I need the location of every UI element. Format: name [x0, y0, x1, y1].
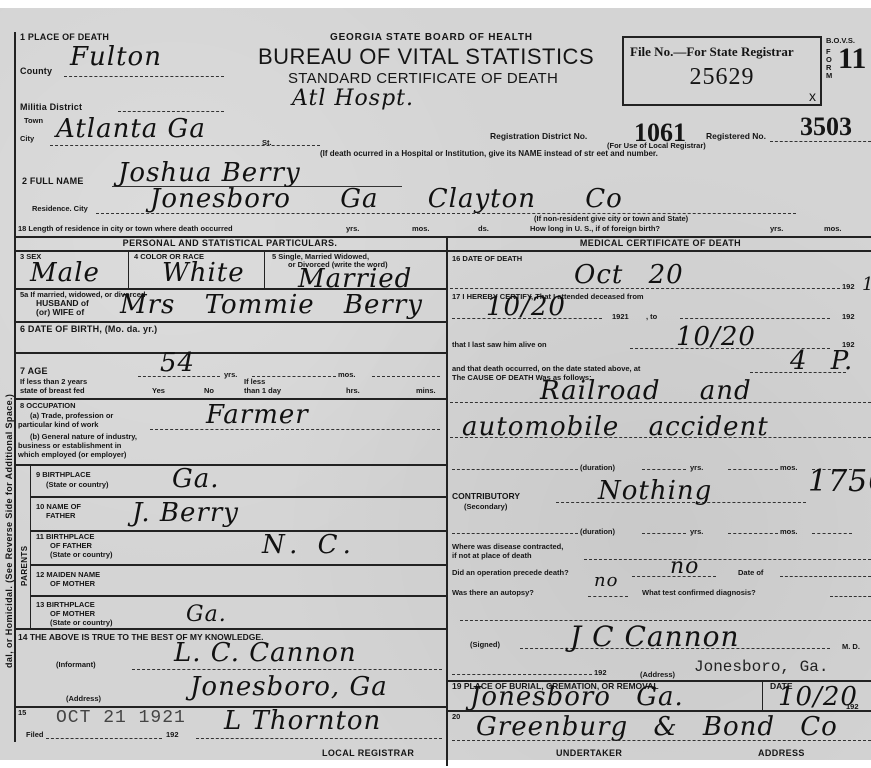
to-year-prefix: 192 [842, 312, 855, 321]
occupation-b-label-1: (b) General nature of industry, [30, 432, 137, 441]
margin-instruction: dal, or Homicidal. (See Reverse Side for… [4, 394, 14, 668]
age-yrs-label: yrs. [224, 370, 237, 379]
duration-label-1: (duration) [580, 463, 615, 472]
last-saw-label: that I last saw him alive on [452, 340, 547, 349]
registrar-signature: L Thornton [224, 706, 381, 736]
birthplace-value: Ga. [172, 464, 220, 494]
mother-birthplace-label-3: (State or country) [50, 618, 113, 627]
mother-birthplace-label-2: OF MOTHER [50, 609, 95, 618]
town-label: Town [24, 116, 43, 125]
medical-section-title: MEDICAL CERTIFICATE OF DEATH [450, 238, 871, 248]
autopsy-label: Was there an autopsy? [452, 588, 534, 597]
mother-maiden-label-2: OF MOTHER [50, 579, 95, 588]
hrs-label: hrs. [346, 386, 360, 395]
county-value: Fulton [70, 42, 162, 72]
informant-address-value: Jonesboro, Ga [190, 672, 388, 702]
signed-label: (Signed) [470, 640, 500, 649]
residence-value: Jonesboro Ga Clayton Co [150, 184, 623, 214]
informant-label: (Informant) [56, 660, 96, 669]
occupation-a-label-1: (a) Trade, profession or [30, 411, 113, 420]
time-of-death-value: 4 P. [790, 346, 853, 376]
residence-yrs-label: yrs. [346, 224, 359, 233]
date-of-label: Date of [738, 568, 763, 577]
foreign-yrs-label: yrs. [770, 224, 783, 233]
certificate-title: STANDARD CERTIFICATE OF DEATH [288, 70, 558, 87]
spouse-value: Mrs Tommie Berry [120, 290, 423, 320]
filed-year-prefix: 192 [166, 730, 179, 739]
attended-from-value: 10/20 [486, 292, 566, 322]
militia-district-label: Militia District [20, 102, 82, 112]
operation-label: Did an operation precede death? [452, 568, 569, 577]
physician-address-label: (Address) [640, 670, 675, 679]
city-label: City [20, 134, 34, 143]
occupation-value: Farmer [206, 400, 309, 430]
informant-value: L. C. Cannon [174, 638, 357, 668]
mother-birthplace-value: Ga. [186, 602, 227, 627]
age-label: 7 AGE [20, 366, 48, 376]
age-value: 54 [160, 348, 195, 378]
md-label: M. D. [842, 642, 860, 651]
autopsy-value: no [594, 570, 618, 591]
occupation-a-label-2: particular kind of work [18, 420, 98, 429]
father-birthplace-label-1: 11 BIRTHPLACE [36, 532, 94, 541]
death-year-prefix: 192 [842, 282, 855, 291]
form-number: 11 [838, 42, 866, 76]
file-check-mark: x [809, 88, 816, 104]
file-number: 25629 [624, 64, 820, 91]
father-birthplace-label-3: (State or country) [50, 550, 113, 559]
spouse-label-3: (or) WIFE of [36, 308, 84, 317]
date-of-death-value: Oct 20 [574, 260, 684, 290]
death-occurred-label: and that death occurred, on the date sta… [452, 364, 640, 373]
contributory-value: Nothing [598, 476, 712, 506]
length-residence-label: 18 Length of residence in city or town w… [18, 224, 233, 233]
bureau-title: BUREAU OF VITAL STATISTICS [258, 44, 594, 70]
where-contracted-label-2: if not at place of death [452, 551, 532, 560]
father-birthplace-value: N. C. [262, 530, 357, 560]
race-value: White [162, 258, 245, 288]
file-box-label: File No.—For State Registrar [630, 44, 794, 60]
local-registrar-label: LOCAL REGISTRAR [322, 748, 414, 758]
death-certificate: dal, or Homicidal. (See Reverse Side for… [0, 8, 871, 760]
nonresident-note: (If non-resident give city or town and S… [534, 214, 688, 223]
mins-label: mins. [416, 386, 436, 395]
duration-label-2: (duration) [580, 527, 615, 536]
hospital-instruction: (If death ocurred in a Hospital or Insti… [320, 149, 658, 158]
personal-section-title: PERSONAL AND STATISTICAL PARTICULARS. [14, 238, 446, 248]
attended-from-year: 1921 [612, 312, 629, 321]
father-label-2: FATHER [46, 511, 75, 520]
foreign-mos-label: mos. [824, 224, 842, 233]
local-registrar-note: (For Use of Local Registrar) [607, 141, 706, 150]
dob-label: 6 DATE OF BIRTH, (Mo. da. yr.) [20, 324, 157, 334]
filed-number-label: 15 [18, 708, 26, 717]
physician-address-year: 192 [594, 668, 607, 677]
birthplace-label-1: 9 BIRTHPLACE [36, 470, 91, 479]
date-of-death-label: 16 DATE OF DEATH [452, 254, 522, 263]
if-less-label-1: If less [244, 377, 265, 386]
filed-stamp: OCT 21 1921 [56, 708, 186, 728]
foreign-birth-label: How long in U. S., if of foreign birth? [530, 224, 660, 233]
breast-fed-label-2: state of breast fed [20, 386, 85, 395]
undertaker-number-label: 20 [452, 712, 460, 721]
duration-mos-label-1: mos. [780, 463, 798, 472]
if-less-label-2: than 1 day [244, 386, 281, 395]
to-label: , to [646, 312, 657, 321]
full-name-label: 2 FULL NAME [22, 176, 84, 186]
center-divider [446, 236, 448, 766]
county-label: County [20, 66, 52, 76]
occupation-b-label-2: business or establishment in [18, 441, 121, 450]
residence-ds-label: ds. [478, 224, 489, 233]
left-border [14, 32, 16, 742]
breast-fed-label-1: If less than 2 years [20, 377, 87, 386]
father-name-value: J. Berry [132, 498, 239, 528]
registered-number: 3503 [800, 112, 852, 142]
contributory-label-1: CONTRIBUTORY [452, 492, 520, 501]
yes-label: Yes [152, 386, 165, 395]
physician-signature: J C Cannon [570, 620, 740, 653]
burial-place-value: Jonesboro Ga. [470, 682, 684, 712]
occupation-label: 8 OCCUPATION [20, 401, 76, 410]
contributory-label-2: (Secondary) [464, 502, 507, 511]
street-label: St. [262, 138, 272, 147]
registration-district-label: Registration District No. [490, 132, 587, 141]
birthplace-label-2: (State or country) [46, 480, 109, 489]
place-of-death-label: 1 PLACE OF DEATH [20, 32, 109, 42]
duration-yrs-label-2: yrs. [690, 527, 703, 536]
father-birthplace-label-2: OF FATHER [50, 541, 92, 550]
fee-annotation: 1750 [808, 464, 871, 499]
duration-yrs-label-1: yrs. [690, 463, 703, 472]
no-label: No [204, 386, 214, 395]
physician-address-value: Jonesboro, Ga. [694, 658, 828, 676]
operation-value: no [670, 554, 699, 579]
age-mos-label: mos. [338, 370, 356, 379]
undertaker-label: UNDERTAKER [556, 748, 622, 758]
last-saw-value: 10/20 [676, 322, 756, 352]
file-number-box: File No.—For State Registrar 25629 x [622, 36, 822, 106]
death-year-value: 1 [862, 274, 871, 295]
occupation-b-label-3: which employed (or employer) [18, 450, 126, 459]
parents-label: PARENTS [20, 546, 29, 586]
residence-mos-label: mos. [412, 224, 430, 233]
board-title: GEORGIA STATE BOARD OF HEALTH [330, 32, 533, 43]
duration-mos-label-2: mos. [780, 527, 798, 536]
filed-label: Filed [26, 730, 44, 739]
test-confirmed-label: What test confirmed diagnosis? [642, 588, 756, 597]
undertaker-address-label: ADDRESS [758, 748, 805, 758]
mother-birthplace-label-1: 13 BIRTHPLACE [36, 600, 95, 609]
informant-address-label: (Address) [66, 694, 101, 703]
hospital-note: Atl Hospt. [292, 86, 414, 111]
form-label-side: FORM [826, 48, 834, 80]
father-label-1: 10 NAME OF [36, 502, 81, 511]
where-contracted-label-1: Where was disease contracted, [452, 542, 563, 551]
sex-value: Male [30, 258, 100, 288]
city-value: Atlanta Ga [56, 114, 206, 144]
undertaker-value: Greenburg & Bond Co [476, 712, 838, 742]
residence-label: Residence. City [32, 204, 88, 213]
mother-maiden-label-1: 12 MAIDEN NAME [36, 570, 100, 579]
registered-no-label: Registered No. [706, 132, 766, 141]
